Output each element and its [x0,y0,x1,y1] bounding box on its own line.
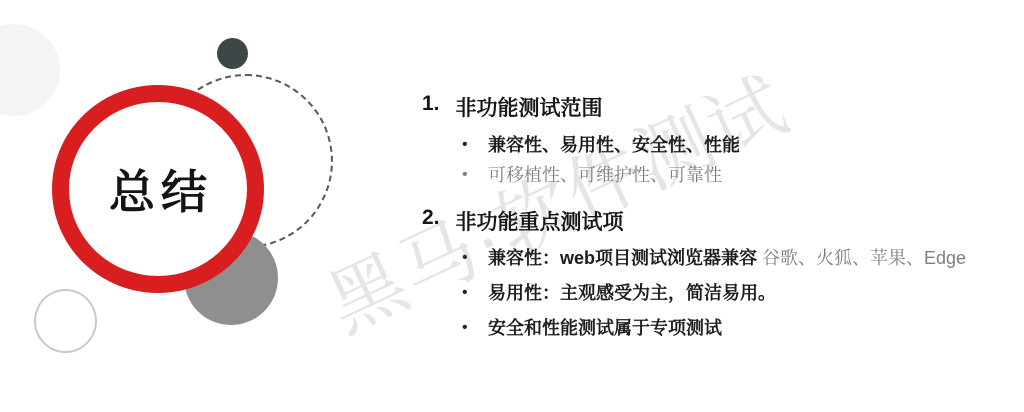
section-2-bullet-1-text: 兼容性：web项目测试浏览器兼容 [488,248,762,268]
decor-circle-outline-bottomleft [34,289,97,353]
section-1-title: 非功能测试范围 [456,92,603,122]
summary-badge-label: 总结 [103,156,213,222]
decor-circle-light-topleft [0,24,60,116]
section-1-heading: 1. 非功能测试范围 [422,92,603,122]
section-2-number: 2. [422,206,440,236]
section-2-heading: 2. 非功能重点测试项 [422,206,624,236]
decor-circle-dark [217,38,248,69]
bullet-icon: • [462,282,488,304]
section-1-bullet-2-muted: 可移植性、可维护性、可靠性 [488,165,722,185]
bullet-icon: • [462,317,488,339]
section-1-bullet-2: • 可移植性、可维护性、可靠性 [462,164,722,186]
section-1-number: 1. [422,92,440,122]
section-2-bullet-3-text: 安全和性能测试属于专项测试 [488,318,722,338]
section-2-bullet-1: • 兼容性：web项目测试浏览器兼容 谷歌、火狐、苹果、Edge [462,247,966,269]
section-1-bullet-1-text: 兼容性、易用性、安全性、性能 [488,135,740,155]
bullet-icon: • [462,134,488,156]
section-2-bullet-2: • 易用性：主观感受为主，简洁易用。 [462,282,776,304]
section-2-title: 非功能重点测试项 [456,206,624,236]
slide-canvas: { "badge": { "label": "总结" }, "watermark… [0,0,1024,412]
bullet-icon: • [462,247,488,269]
section-1-bullet-1: • 兼容性、易用性、安全性、性能 [462,134,740,156]
section-2-bullet-2-text: 易用性：主观感受为主，简洁易用。 [488,283,776,303]
summary-badge-ring: 总结 [52,85,264,293]
section-2-bullet-1-muted: 谷歌、火狐、苹果、Edge [762,248,966,268]
section-2-bullet-3: • 安全和性能测试属于专项测试 [462,317,722,339]
bullet-icon: • [462,164,488,186]
